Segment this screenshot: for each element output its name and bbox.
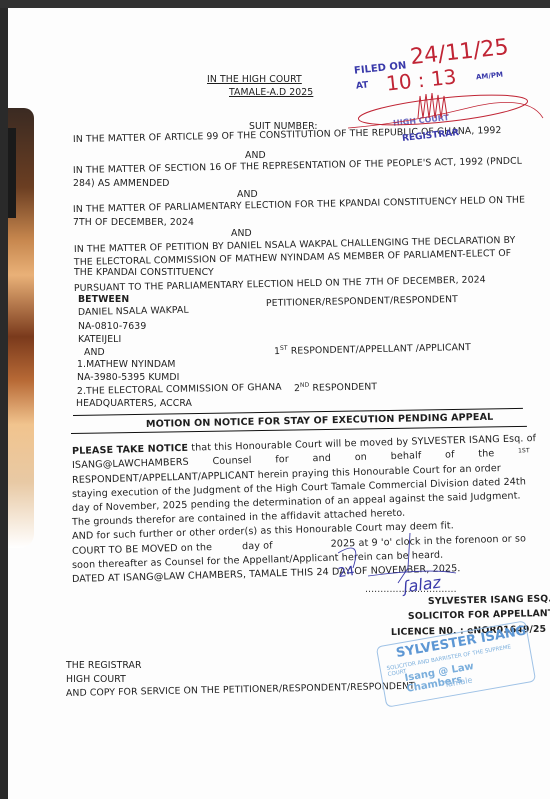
matter-line: IN THE MATTER OF PARLIAMENTARY ELECTION … [73, 195, 525, 215]
and-separator: AND [237, 189, 258, 200]
respondent2-name: 2.THE ELECTORAL COMMISSION OF GHANA [77, 382, 282, 397]
document-page: IN THE HIGH COURT TAMALE-A.D 2025 SUIT N… [8, 8, 550, 799]
and-parties: AND [84, 347, 105, 358]
court-heading: IN THE HIGH COURT [207, 74, 302, 85]
petitioner-id: NA-0810-7639 [78, 321, 146, 332]
between-label: BETWEEN [78, 294, 129, 305]
respondent1-id: NA-3980-5395 KUMDI [77, 372, 179, 383]
petitioner-location: KATEIJELI [78, 334, 121, 345]
court-location: TAMALE-A.D 2025 [229, 87, 313, 98]
petitioner-role: PETITIONER/RESPONDENT/RESPONDENT [266, 294, 458, 309]
respondent2-role: 2ND RESPONDENT [294, 380, 377, 394]
and-separator: AND [245, 150, 266, 161]
matter-line: THE KPANDAI CONSTITUENCY [74, 267, 214, 278]
matter-line: 284) AS AMMENDED [73, 178, 170, 189]
signature-strokes-icon [338, 528, 458, 588]
matter-line: 7TH OF DECEMBER, 2024 [73, 217, 194, 228]
ampm-label: AM/PM [476, 71, 504, 82]
addressee-line: THE REGISTRAR [66, 660, 142, 671]
signature-title: SOLICITOR FOR APPELLANT [408, 608, 550, 622]
viewer-left-bar [0, 8, 8, 799]
signature-name: SYLVESTER ISANG ESQ. [428, 593, 550, 607]
respondent2-address: HEADQUARTERS, ACCRA [76, 398, 192, 409]
filed-date-handwritten: 24/11/25 [409, 35, 510, 70]
matter-line: IN THE MATTER OF SECTION 16 OF THE REPRE… [73, 156, 522, 176]
divider [71, 426, 527, 435]
and-separator: AND [231, 228, 252, 239]
respondent1-name: 1.MATHEW NYINDAM [77, 359, 176, 370]
respondent1-role: 1ST RESPONDENT/APPELLANT /APPLICANT [274, 341, 471, 357]
photo-edge-background [8, 108, 34, 548]
addressee-line: HIGH COURT [66, 674, 126, 685]
viewer-top-bar [0, 0, 550, 8]
registrar-signature-icon [348, 88, 548, 138]
petitioner-name: DANIEL NSALA WAKPAL [78, 305, 189, 318]
